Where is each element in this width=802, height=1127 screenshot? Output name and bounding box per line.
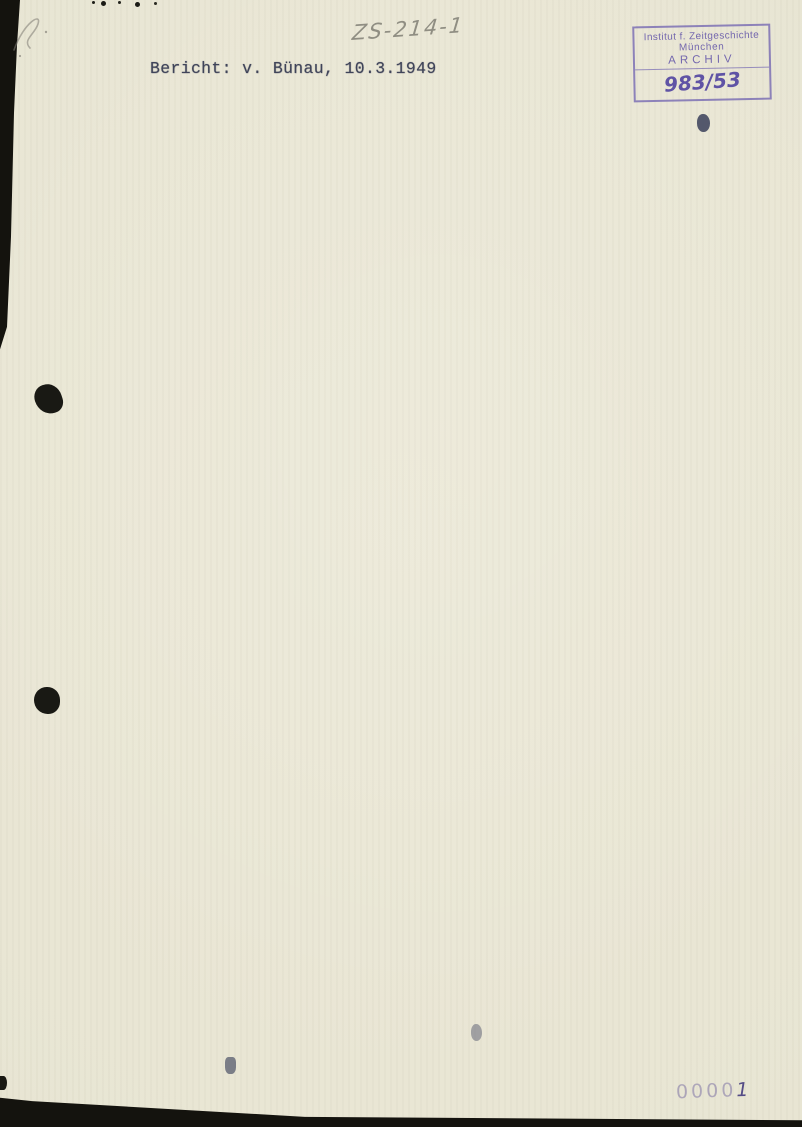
- stamp-archiv-label: ARCHIV: [635, 53, 769, 68]
- scan-speckles: [92, 1, 95, 4]
- ink-blot-overstrike: [225, 1057, 236, 1074]
- ink-blot-overstrike: [697, 114, 710, 132]
- scanned-document-page: ZS-214-1 Institut f. Zeitgeschichte Münc…: [0, 0, 802, 1127]
- report-heading: Bericht: v. Bünau, 10.3.1949: [150, 59, 437, 78]
- page-number-dark: 1: [736, 1079, 752, 1102]
- paper-sheet: [0, 0, 802, 1127]
- page-number-faint: 0000: [676, 1079, 737, 1103]
- ink-blot-overstrike: [471, 1024, 482, 1041]
- stamp-signature-number: 983/53: [635, 65, 770, 99]
- pencil-scribble: [8, 8, 72, 64]
- archive-stamp: Institut f. Zeitgeschichte München ARCHI…: [632, 24, 772, 103]
- scan-edge-artifact: [0, 1076, 7, 1090]
- page-number-stamp: 00001: [676, 1079, 752, 1104]
- punch-hole: [34, 687, 60, 714]
